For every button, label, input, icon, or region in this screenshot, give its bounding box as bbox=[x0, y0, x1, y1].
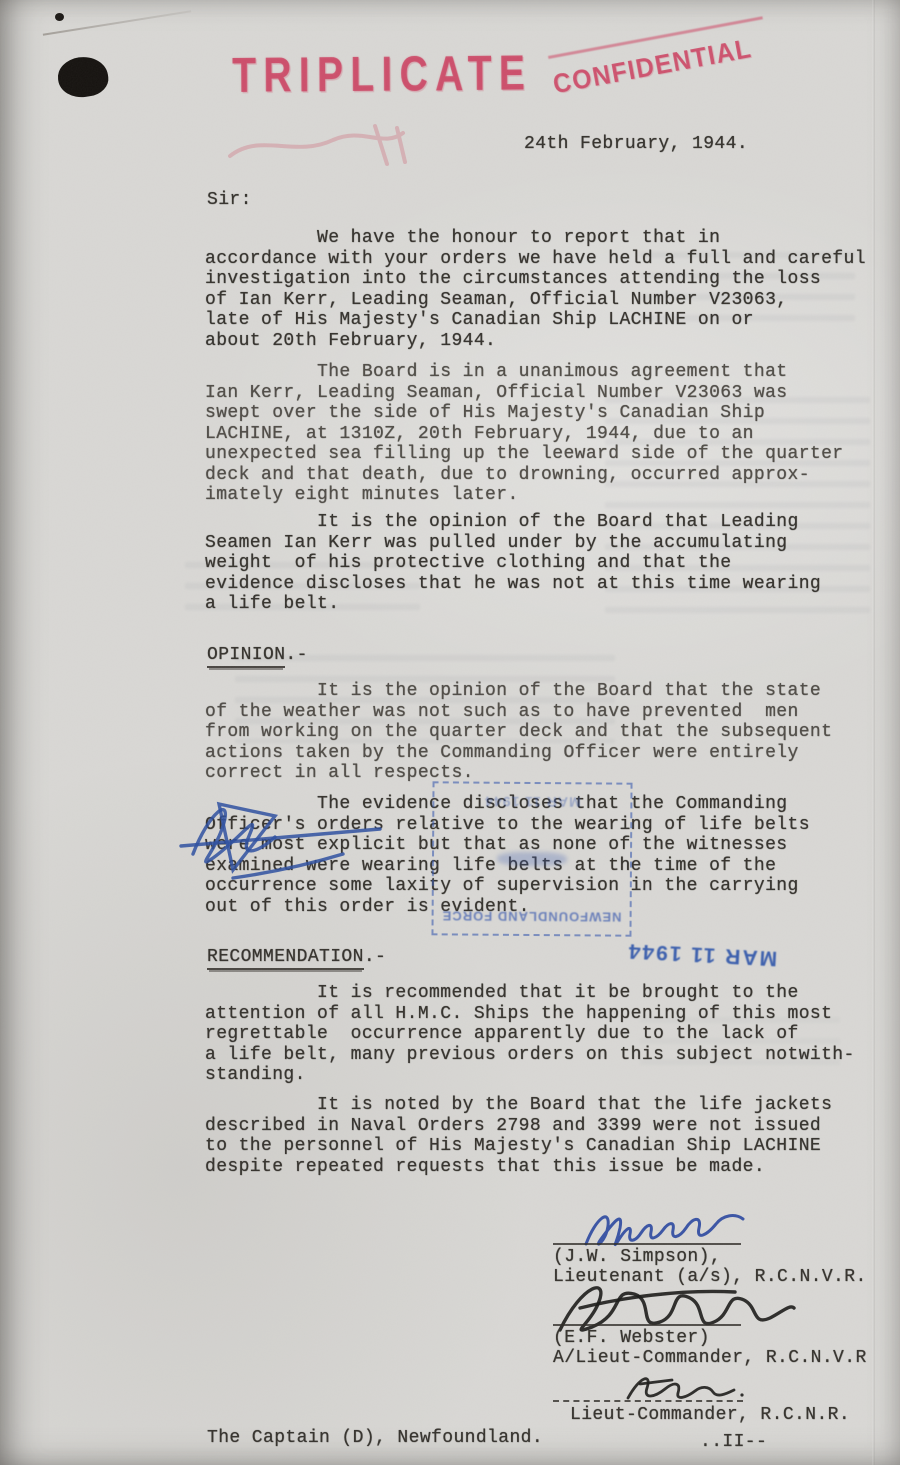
signature-line bbox=[553, 1243, 741, 1245]
date-received-stamp: MAR 11 1944 bbox=[611, 937, 792, 970]
signature-line bbox=[553, 1400, 743, 1402]
opinion-heading: OPINION.- bbox=[207, 645, 308, 666]
recommendation-heading: RECOMMENDATION.- bbox=[207, 947, 386, 968]
scratch-mark bbox=[43, 10, 191, 35]
faint-red-scribble bbox=[225, 118, 435, 173]
blue-initials-scribble bbox=[175, 782, 435, 897]
paragraph-4: It is the opinion of the Board that the … bbox=[205, 681, 832, 784]
scanned-letter-page: TRIPLICATE CONFIDENTIAL 24th February, 1… bbox=[0, 0, 900, 1465]
received-box-stamp: NEWFOUNDLAND FORCE MAR 11 1944 bbox=[431, 781, 632, 936]
stamp-smear bbox=[497, 852, 567, 866]
confidential-stamp: CONFIDENTIAL bbox=[548, 16, 772, 100]
date-line: 24th February, 1944. bbox=[524, 134, 748, 155]
ink-dot bbox=[55, 13, 64, 21]
page-number: ..II-- bbox=[700, 1432, 767, 1453]
signature-lieut-commander bbox=[620, 1368, 750, 1410]
ink-blot bbox=[55, 54, 110, 101]
paragraph-3: It is the opinion of the Board that Lead… bbox=[205, 512, 821, 615]
paper-crease bbox=[872, 0, 875, 1465]
paragraph-1: We have the honour to report that in acc… bbox=[205, 228, 866, 351]
paragraph-2: The Board is in a unanimous agreement th… bbox=[205, 362, 844, 506]
triplicate-stamp: TRIPLICATE bbox=[232, 45, 532, 104]
paragraph-7: It is noted by the Board that the life j… bbox=[205, 1095, 832, 1177]
signature-typed-name-2: (E.F. Webster) bbox=[553, 1328, 710, 1349]
signature-line bbox=[553, 1324, 741, 1326]
addressee-line: The Captain (D), Newfoundland. bbox=[207, 1428, 543, 1449]
signature-typed-name-1: (J.W. Simpson), bbox=[553, 1247, 721, 1268]
signature-rank-2: A/Lieut-Commander, R.C.N.V.R bbox=[553, 1348, 867, 1369]
received-stamp-org: NEWFOUNDLAND FORCE bbox=[442, 908, 622, 924]
salutation: Sir: bbox=[207, 190, 252, 211]
received-stamp-date: MAR 11 1944 bbox=[484, 794, 581, 811]
paragraph-6: It is recommended that it be brought to … bbox=[205, 983, 855, 1086]
signature-rank-3: Lieut-Commander, R.C.N.R. bbox=[570, 1405, 850, 1426]
